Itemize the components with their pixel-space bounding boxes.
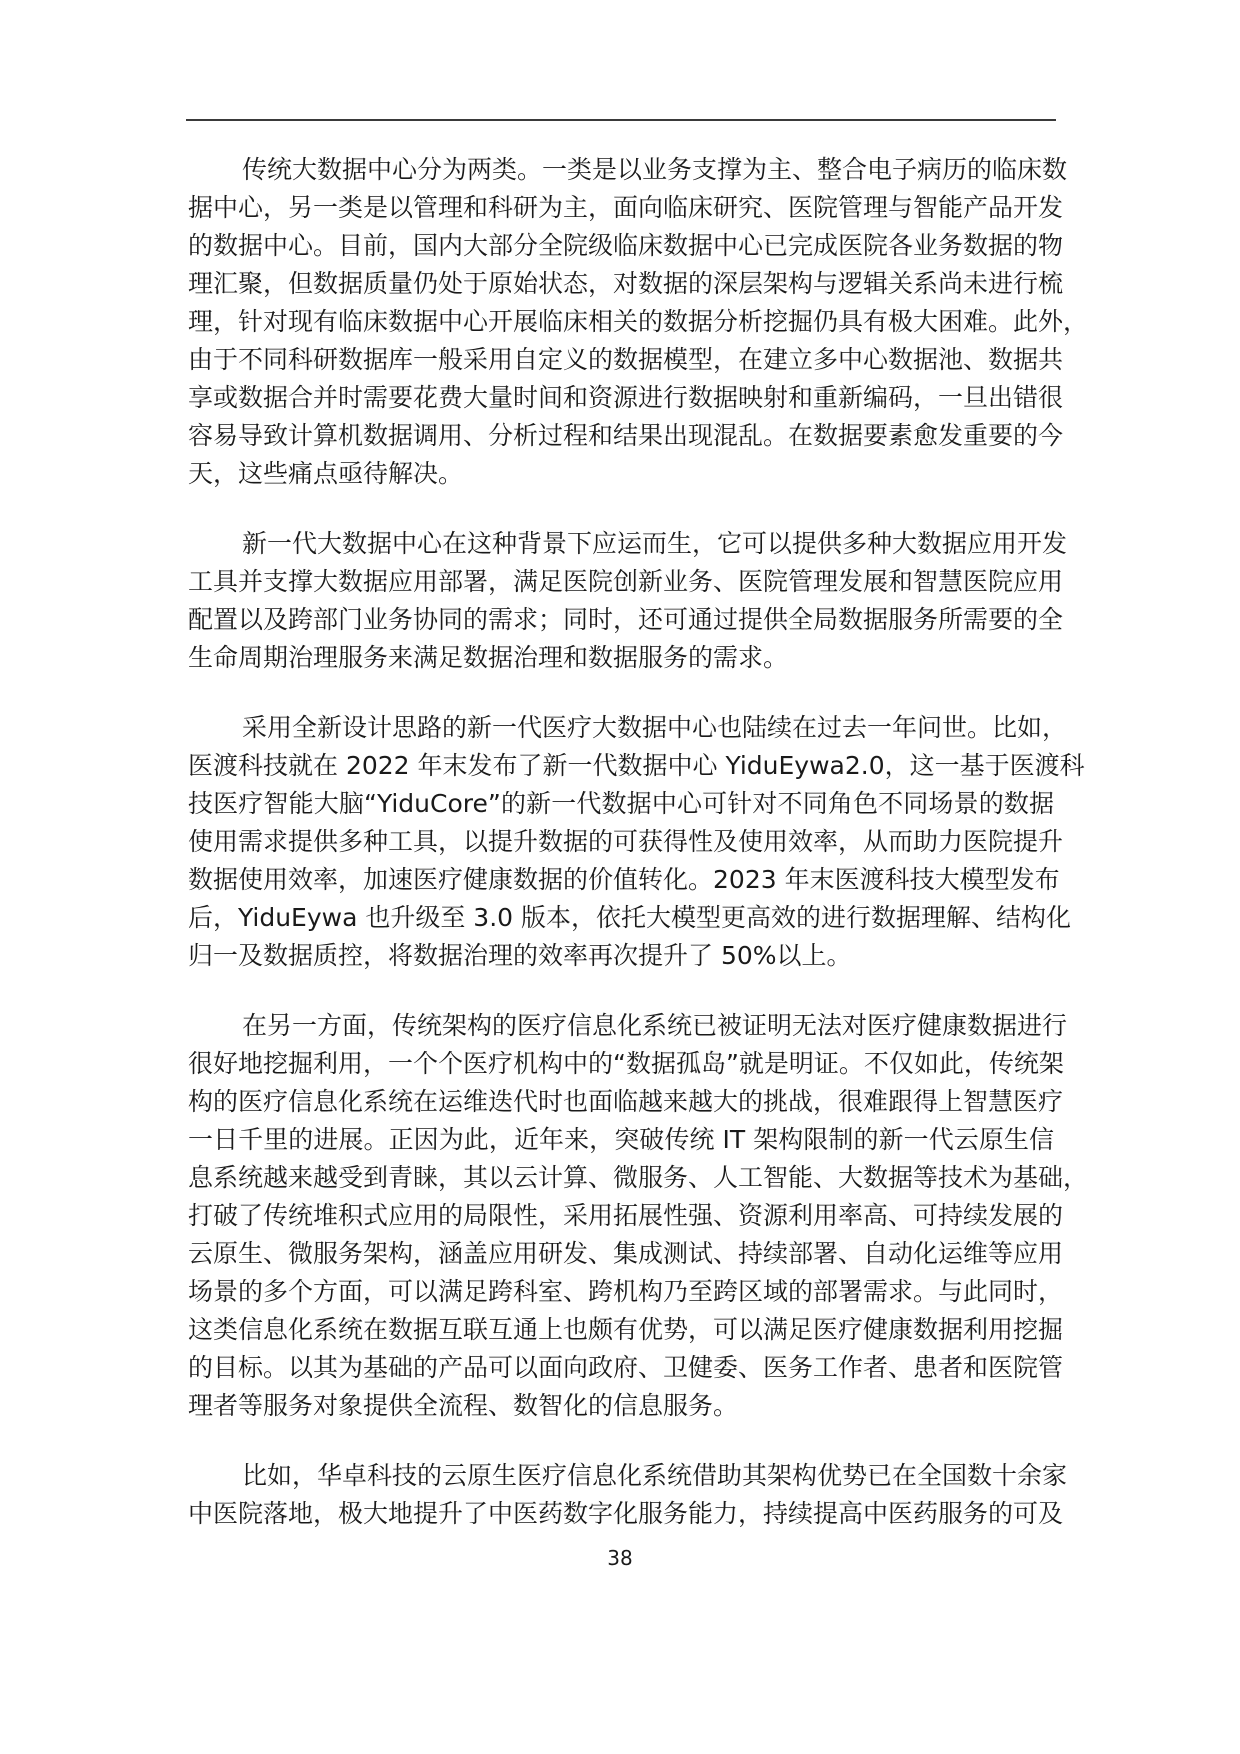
text-line: 在另一方面，传统架构的医疗信息化系统已被证明无法对医疗健康数据进行	[188, 1007, 1054, 1045]
paragraph-huazhuo-example: 比如，华卓科技的云原生医疗信息化系统借助其架构优势已在全国数十余家 中医院落地，…	[188, 1457, 1054, 1533]
text-line: 享或数据合并时需要花费大量时间和资源进行数据映射和重新编码，一旦出错很	[188, 379, 1054, 417]
text-line: 使用需求提供多种工具，以提升数据的可获得性及使用效率，从而助力医院提升	[188, 823, 1054, 861]
text-line: 一日千里的进展。正因为此，近年来，突破传统 IT 架构限制的新一代云原生信	[188, 1121, 1054, 1159]
text-line: 云原生、微服务架构，涵盖应用研发、集成测试、持续部署、自动化运维等应用	[188, 1235, 1054, 1273]
text-line: 后，YiduEywa 也升级至 3.0 版本，依托大模型更高效的进行数据理解、结…	[188, 899, 1054, 937]
text-line: 理者等服务对象提供全流程、数智化的信息服务。	[188, 1387, 1054, 1425]
page-number: 38	[0, 1544, 1240, 1572]
text-line: 医渡科技就在 2022 年末发布了新一代数据中心 YiduEywa2.0，这一基…	[188, 747, 1054, 785]
text-line: 工具并支撑大数据应用部署，满足医院创新业务、医院管理发展和智慧医院应用	[188, 563, 1054, 601]
text-line: 这类信息化系统在数据互联互通上也颇有优势，可以满足医疗健康数据利用挖掘	[188, 1311, 1054, 1349]
text-line: 归一及数据质控，将数据治理的效率再次提升了 50%以上。	[188, 937, 1054, 975]
text-line: 场景的多个方面，可以满足跨科室、跨机构乃至跨区域的部署需求。与此同时，	[188, 1273, 1054, 1311]
text-line: 由于不同科研数据库一般采用自定义的数据模型，在建立多中心数据池、数据共	[188, 341, 1054, 379]
text-line: 采用全新设计思路的新一代医疗大数据中心也陆续在过去一年问世。比如，	[188, 709, 1054, 747]
text-line: 打破了传统堆积式应用的局限性，采用拓展性强、资源利用率高、可持续发展的	[188, 1197, 1054, 1235]
text-line: 技医疗智能大脑“YiduCore”的新一代数据中心可针对不同角色不同场景的数据	[188, 785, 1054, 823]
document-body: 传统大数据中心分为两类。一类是以业务支撑为主、整合电子病历的临床数 据中心，另一…	[188, 151, 1054, 1565]
text-line: 息系统越来越受到青睐，其以云计算、微服务、人工智能、大数据等技术为基础，	[188, 1159, 1054, 1197]
text-line: 新一代大数据中心在这种背景下应运而生，它可以提供多种大数据应用开发	[188, 525, 1054, 563]
text-line: 构的医疗信息化系统在运维迭代时也面临越来越大的挑战，很难跟得上智慧医疗	[188, 1083, 1054, 1121]
header-rule	[186, 119, 1056, 121]
paragraph-cloud-native-systems: 在另一方面，传统架构的医疗信息化系统已被证明无法对医疗健康数据进行 很好地挖掘利…	[188, 1007, 1054, 1425]
text-line: 容易导致计算机数据调用、分析过程和结果出现混乱。在数据要素愈发重要的今	[188, 417, 1054, 455]
text-line: 生命周期治理服务来满足数据治理和数据服务的需求。	[188, 639, 1054, 677]
text-line: 据中心，另一类是以管理和科研为主，面向临床研究、医院管理与智能产品开发	[188, 189, 1054, 227]
text-line: 理汇聚，但数据质量仍处于原始状态，对数据的深层架构与逻辑关系尚未进行梳	[188, 265, 1054, 303]
paragraph-yidu-example: 采用全新设计思路的新一代医疗大数据中心也陆续在过去一年问世。比如， 医渡科技就在…	[188, 709, 1054, 975]
text-line: 很好地挖掘利用，一个个医疗机构中的“数据孤岛”就是明证。不仅如此，传统架	[188, 1045, 1054, 1083]
paragraph-new-generation-data-center: 新一代大数据中心在这种背景下应运而生，它可以提供多种大数据应用开发 工具并支撑大…	[188, 525, 1054, 677]
text-line: 传统大数据中心分为两类。一类是以业务支撑为主、整合电子病历的临床数	[188, 151, 1054, 189]
text-line: 的目标。以其为基础的产品可以面向政府、卫健委、医务工作者、患者和医院管	[188, 1349, 1054, 1387]
text-line: 比如，华卓科技的云原生医疗信息化系统借助其架构优势已在全国数十余家	[188, 1457, 1054, 1495]
text-line: 天，这些痛点亟待解决。	[188, 455, 1054, 493]
text-line: 理，针对现有临床数据中心开展临床相关的数据分析挖掘仍具有极大困难。此外，	[188, 303, 1054, 341]
text-line: 的数据中心。目前，国内大部分全院级临床数据中心已完成医院各业务数据的物	[188, 227, 1054, 265]
text-line: 中医院落地，极大地提升了中医药数字化服务能力，持续提高中医药服务的可及	[188, 1495, 1054, 1533]
paragraph-traditional-data-centers: 传统大数据中心分为两类。一类是以业务支撑为主、整合电子病历的临床数 据中心，另一…	[188, 151, 1054, 493]
text-line: 配置以及跨部门业务协同的需求；同时，还可通过提供全局数据服务所需要的全	[188, 601, 1054, 639]
text-line: 数据使用效率，加速医疗健康数据的价值转化。2023 年末医渡科技大模型发布	[188, 861, 1054, 899]
